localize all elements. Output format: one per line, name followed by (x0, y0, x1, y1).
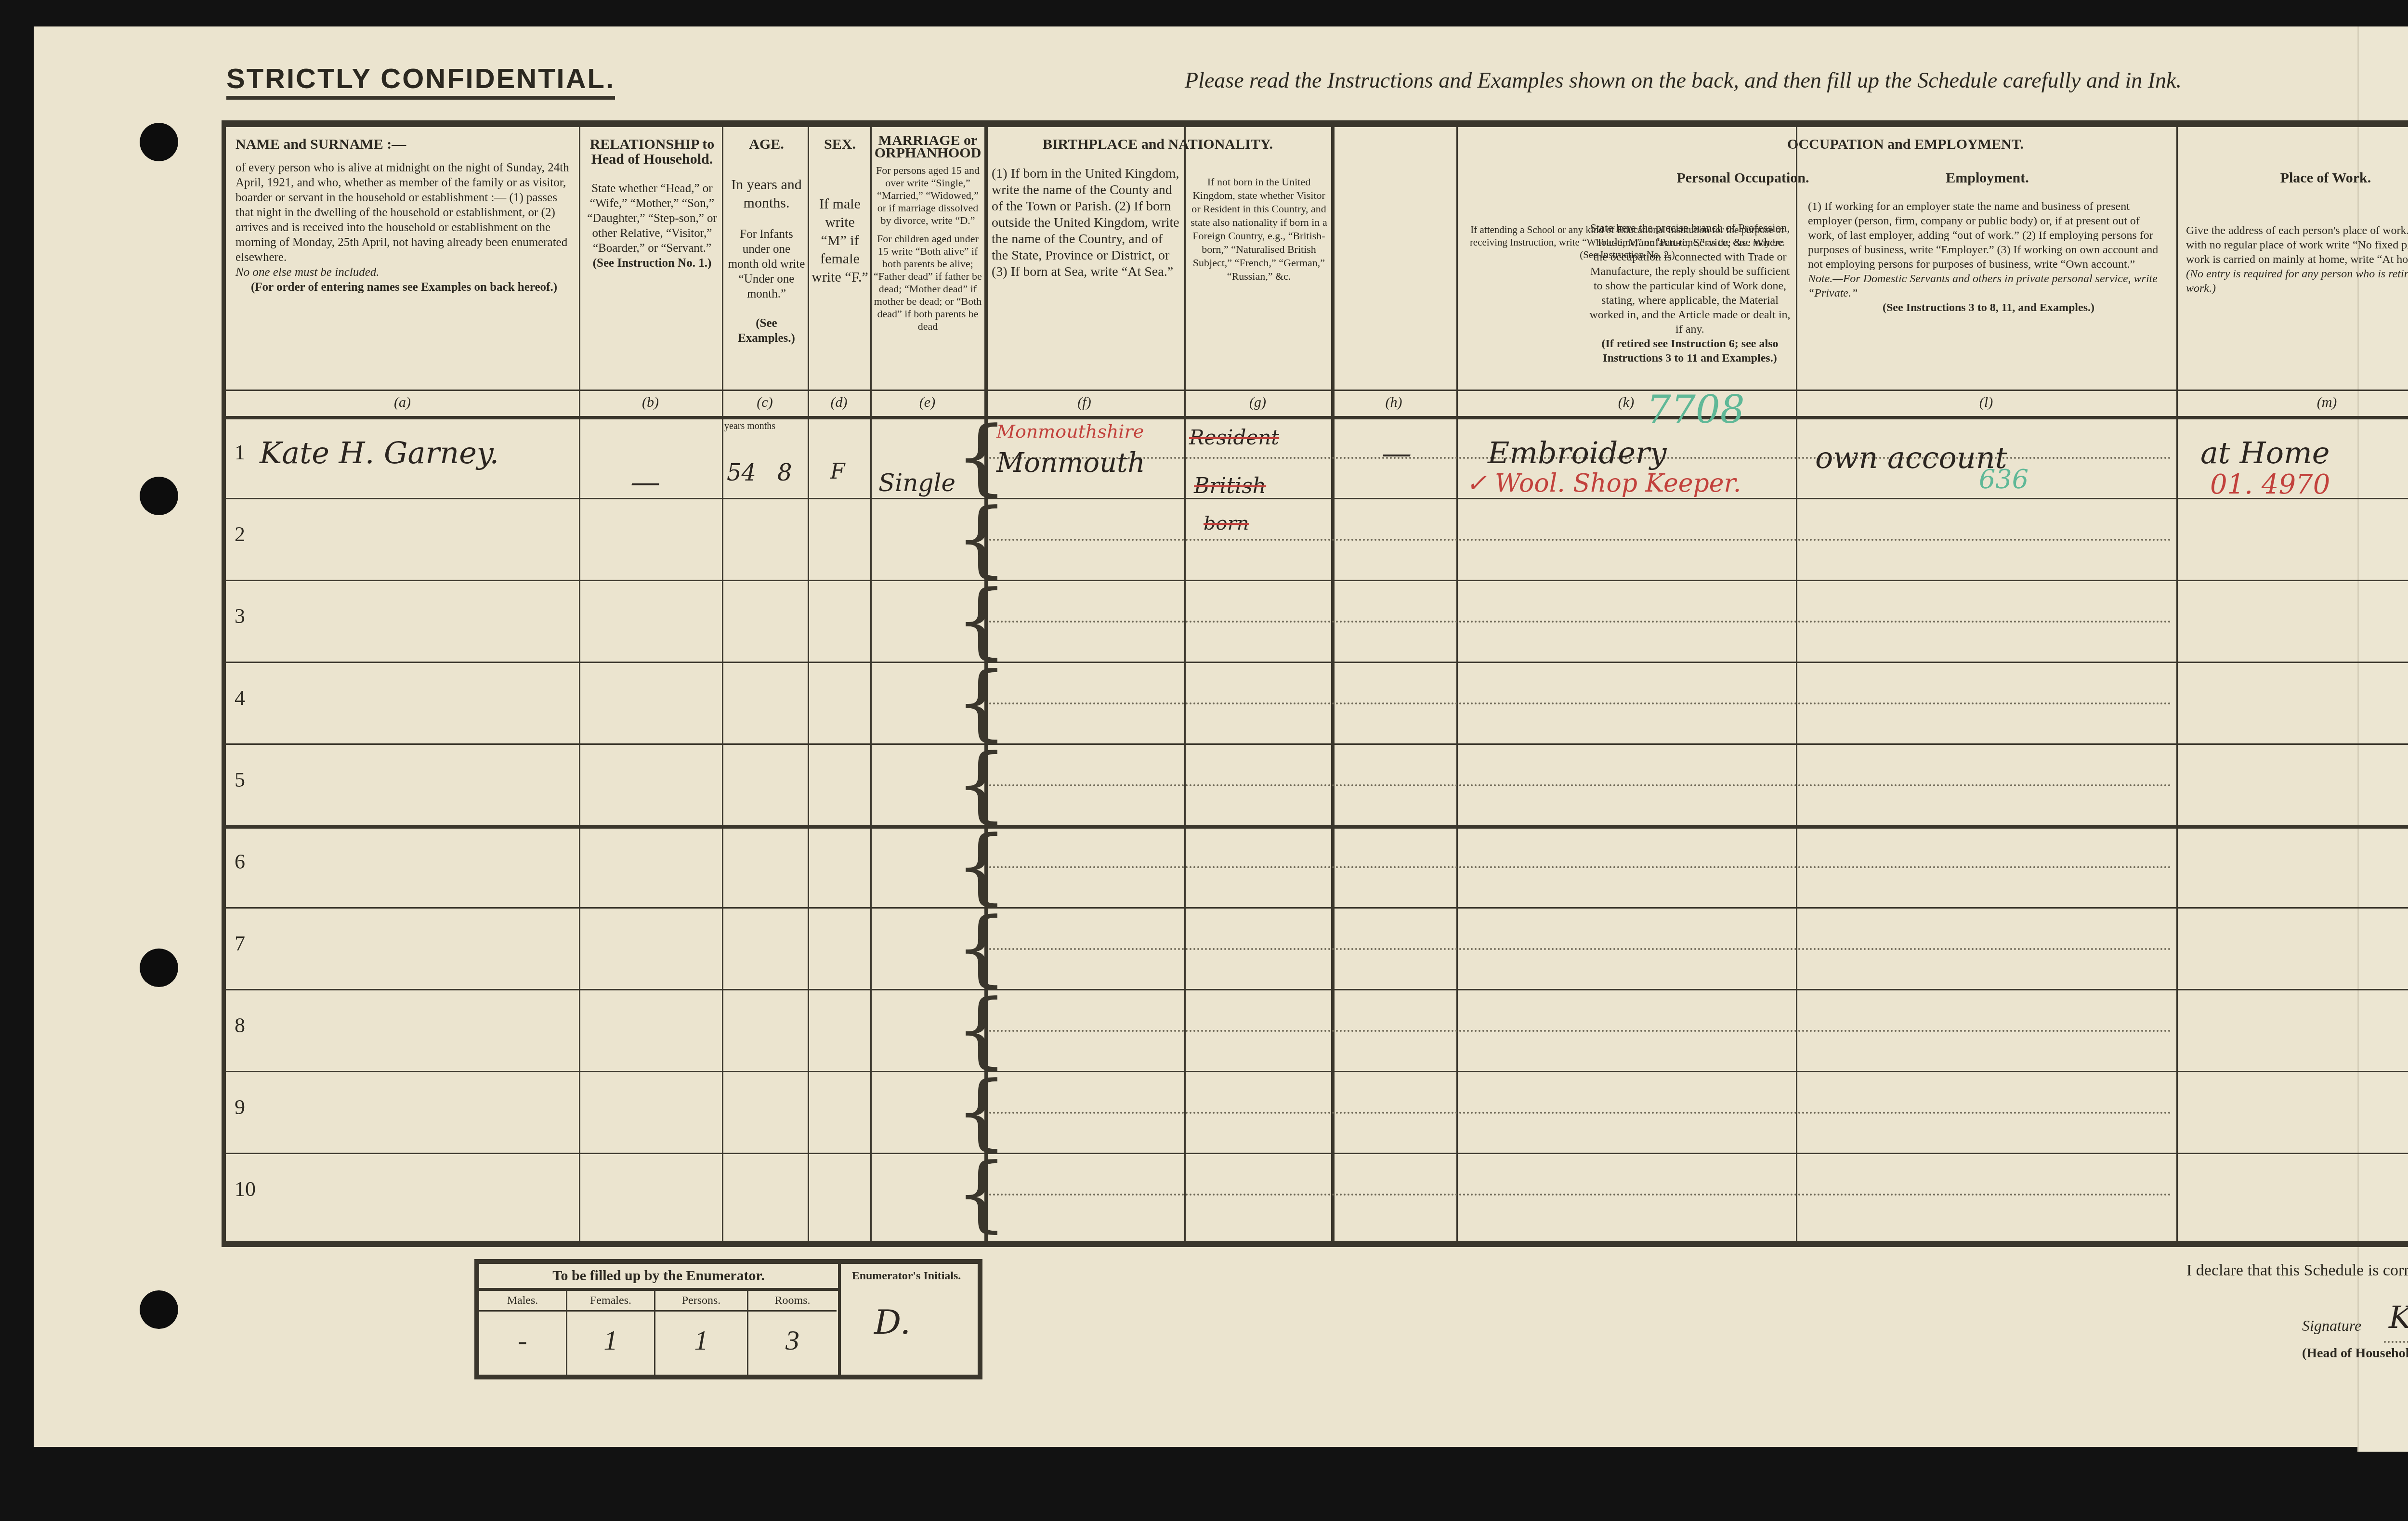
column-letter: (e) (870, 394, 984, 411)
punch-hole (140, 477, 178, 515)
row1-name: Kate H. Garney. (260, 435, 499, 470)
column-letter: (a) (226, 394, 579, 411)
row1-nationality-resident: Resident (1189, 426, 1279, 449)
enumerator-box-heading: To be filled up by the Enumerator. (479, 1264, 838, 1291)
row1-nationality-born: born (1204, 512, 1249, 534)
column-d-header: SEX. If male write “M” if female write “… (811, 137, 869, 286)
row-number: 4 (235, 686, 245, 710)
row-number: 7 (235, 931, 245, 956)
enumerator-initials: D. (874, 1302, 911, 1342)
enum-males: Males.- (479, 1291, 567, 1375)
signature: K H Garney. (2389, 1300, 2408, 1336)
column-letter: (b) (579, 394, 722, 411)
enum-persons: Persons.1 (655, 1291, 748, 1375)
row-number: 3 (235, 604, 245, 628)
row-number: 2 (235, 522, 245, 546)
signature-label: Signature (2302, 1317, 2361, 1335)
column-letter: (g) (1184, 394, 1331, 411)
column-a-header: NAME and SURNAME :— of every person who … (236, 137, 573, 295)
occupation-group-header: OCCUPATION and EMPLOYMENT. (1336, 137, 2408, 152)
row1-place-of-work: at Home (2200, 435, 2329, 470)
column-b-header: RELATIONSHIP to Head of Household. State… (585, 137, 720, 271)
row-number: 9 (235, 1095, 245, 1119)
enumerator-initials-label: Enumerator's Initials. (841, 1264, 971, 1288)
row1-birthplace: Monmouth (996, 447, 1145, 479)
row1-marriage: Single (878, 469, 955, 497)
row1-school: — (1382, 435, 1412, 470)
row1-relationship: — (630, 464, 660, 499)
row-number: 6 (235, 849, 245, 874)
row1-sex: F (830, 459, 845, 484)
column-letter: (d) (808, 394, 870, 411)
column-m-title: Place of Work. (2181, 170, 2408, 185)
column-letter: (f) (984, 394, 1184, 411)
column-k-header: State here the precise branch of Profess… (1589, 221, 1791, 365)
enumerator-box: To be filled up by the Enumerator. Enume… (474, 1259, 982, 1379)
column-l-header: (1) If working for an employer state the… (1808, 199, 2169, 315)
row1-employment: own account (1815, 440, 2007, 475)
column-c-header: AGE. In years and months. For Infants un… (727, 137, 806, 346)
enum-females: Females.1 (567, 1291, 655, 1375)
row-number: 1 (235, 440, 245, 465)
column-g-header: If not born in the United Kingdom, state… (1189, 175, 1329, 283)
row1-occupation-code: 7708 (1647, 387, 1745, 432)
punch-hole (140, 1290, 178, 1329)
column-letter: (c) (722, 394, 808, 411)
instructions-line: Please read the Instructions and Example… (1185, 67, 2182, 93)
column-letter: (k) (1456, 394, 1796, 411)
punch-hole (140, 949, 178, 987)
column-l-title: Employment. (1801, 170, 2174, 185)
page-title: STRICTLY CONFIDENTIAL. (226, 63, 615, 100)
row1-age-years: 54 (727, 459, 756, 486)
row1-occupation: Embroidery (1488, 435, 1667, 470)
column-e-header: MARRIAGE or ORPHANHOOD For persons aged … (874, 134, 982, 333)
age-subheader: years months (724, 421, 775, 432)
row1-birthplace-annotation: Monmouthshire (996, 421, 1144, 442)
declaration-text: I declare that this Schedule is correctl… (2186, 1261, 2408, 1280)
row1-employment-code: 636 (1979, 464, 2028, 494)
census-table: NAME and SURNAME :— of every person who … (222, 120, 2408, 1247)
row-number: 10 (235, 1177, 256, 1201)
column-letter: (h) (1331, 394, 1456, 411)
row1-occupation-annotation: ✓ Wool. Shop Keeper. (1466, 469, 1741, 498)
row1-place-code: 01. 4970 (2210, 469, 2330, 500)
column-m-header: Give the address of each person's place … (2186, 223, 2408, 296)
signature-footer: (Head of Household, Manager of Establish… (2302, 1346, 2408, 1361)
column-f-header: (1) If born in the United Kingdom, write… (992, 166, 1182, 280)
row-number: 8 (235, 1013, 245, 1038)
column-letter: (l) (1796, 394, 2176, 411)
punch-hole (140, 123, 178, 161)
birthplace-group-header: BIRTHPLACE and NATIONALITY. (989, 137, 1326, 152)
column-letter: (m) (2176, 394, 2408, 411)
row1-nationality-british: British (1194, 474, 1266, 498)
row-number: 5 (235, 767, 245, 792)
row1-age-months: 8 (777, 459, 792, 486)
enum-rooms: Rooms.3 (748, 1291, 837, 1375)
